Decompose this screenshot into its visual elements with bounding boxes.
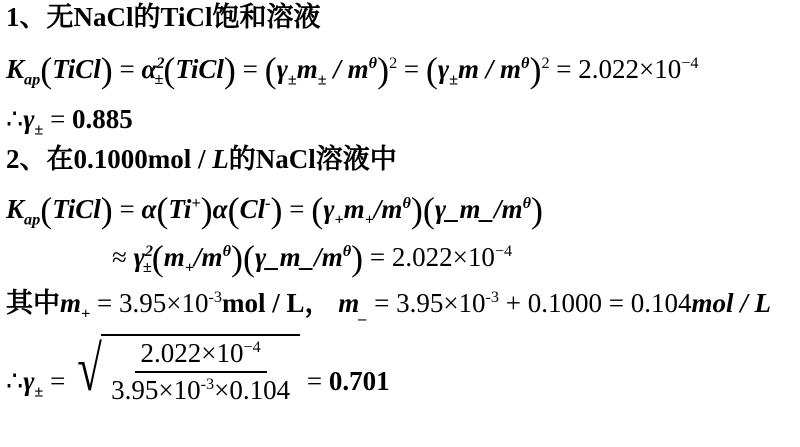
section1-equation: Kap(TiCl) = α2±(TiCl) = (γ±m± / mθ)2 = (… bbox=[6, 52, 699, 88]
section1-conclusion: ∴γ± = 0.885 bbox=[6, 106, 133, 133]
section2-heading: 2、在0.1000mol / L的NaCl溶液中 bbox=[6, 146, 397, 173]
square-root-fraction: √ 2.022×10−4 3.95×10-3×0.104 bbox=[72, 334, 300, 404]
section2-equation-2: ≈ γ2±(m+/mθ)(γ_m_/mθ) = 2.022×10−4 bbox=[112, 240, 512, 276]
gamma-value-1: 0.885 bbox=[72, 104, 133, 134]
section1-result: 2.022×10−4 bbox=[578, 54, 698, 84]
gamma-value-2: 0.701 bbox=[329, 366, 390, 396]
section1-heading: 1、无NaCl的TiCl饱和溶液 bbox=[6, 4, 321, 31]
section2-conclusion: ∴γ± = √ 2.022×10−4 3.95×10-3×0.104 = 0.7… bbox=[6, 334, 390, 404]
section2-result: 2.022×10−4 bbox=[392, 242, 512, 272]
section2-equation-1: Kap(TiCl) = α(Ti+)α(Cl-) = (γ+m+/mθ)(γ_m… bbox=[6, 192, 543, 228]
section2-where: 其中m+ = 3.95×10-3mol / L， m_ = 3.95×10-3 … bbox=[6, 290, 771, 317]
